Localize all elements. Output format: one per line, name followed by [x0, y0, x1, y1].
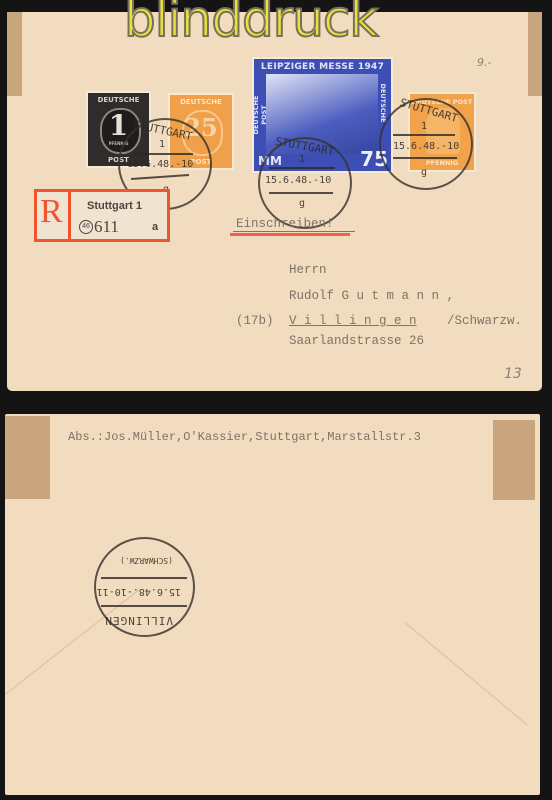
right-hinge [528, 12, 542, 96]
red-underline [230, 233, 350, 236]
address-salutation: Herrn [289, 263, 327, 277]
envelope-front: DEUTSCHE 1 PFENNIG POST DEUTSCHE 25 POST… [7, 12, 542, 391]
left-hinge [5, 416, 50, 499]
registered-note: Einschreiben! [236, 217, 334, 231]
postmark-bar [269, 167, 335, 169]
sender-address: Abs.:Jos.Müller,O'Kassier,Stuttgart,Mars… [68, 430, 421, 444]
envelope-back: Abs.:Jos.Müller,O'Kassier,Stuttgart,Mars… [5, 414, 540, 795]
postmark-bar [133, 153, 193, 155]
registration-label: R Stuttgart 1 46 611 a [34, 189, 170, 242]
postmark-bar [101, 577, 187, 579]
address-region: /Schwarzw. [447, 314, 522, 328]
pencil-price: 9.- [477, 56, 491, 69]
address-city: V i l l i n g e n [289, 314, 417, 328]
pencil-number: 13 [504, 366, 522, 382]
left-hinge [7, 12, 22, 96]
flap-line-right [405, 622, 528, 726]
address-street: Saarlandstrasse 26 [289, 334, 424, 348]
right-hinge [493, 420, 535, 500]
postmark-bar [393, 134, 455, 136]
postmark-bar [269, 192, 333, 194]
registration-circle-code: 46 [79, 220, 93, 234]
address-name: Rudolf G u t m a n n , [289, 289, 454, 303]
watermark-text: blinddruck [124, 0, 377, 44]
address-zone: (17b) [236, 314, 274, 328]
arrival-postmark-inner: VILLINGEN 15.6.48.-10-11 (SCHWARZW.) [94, 537, 195, 637]
postmark-bar [393, 157, 457, 159]
pencil-underline [233, 231, 355, 232]
postmark-bar [101, 605, 187, 607]
